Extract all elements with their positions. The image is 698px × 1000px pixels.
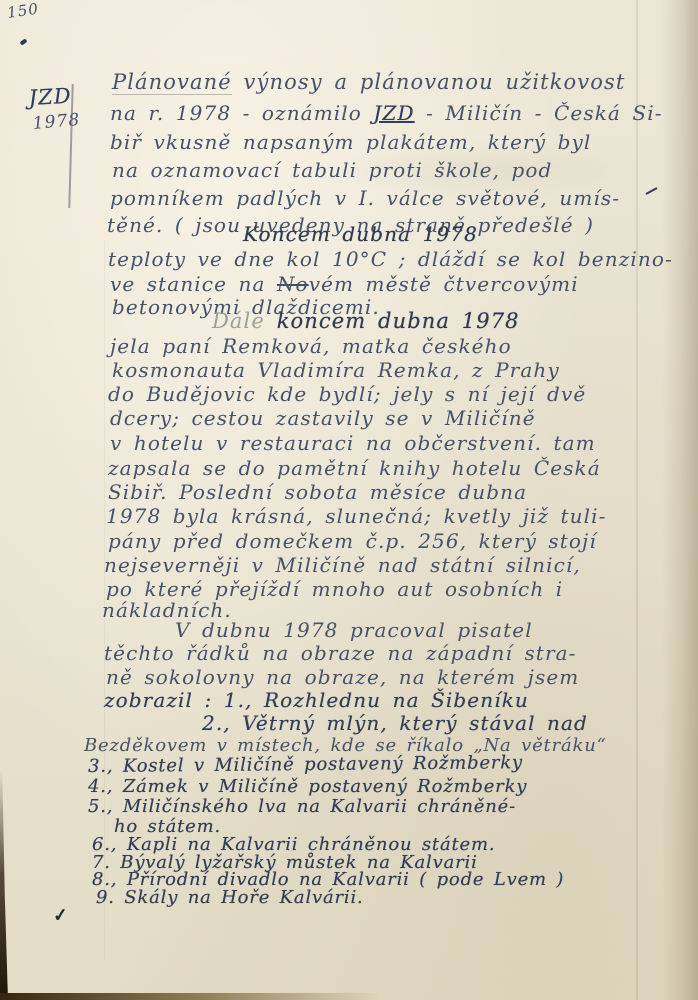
manuscript-line: na oznamovací tabuli proti škole, pod <box>112 158 552 182</box>
list-item: 3., Kostel v Miličíně postavený Rožmberk… <box>88 752 523 777</box>
list-item: zobrazil : 1., Rozhlednu na Šibeníku <box>104 688 529 712</box>
list-item: 2., Větrný mlýn, který stával nad <box>202 711 588 735</box>
list-item: 5., Miličínského lva na Kalvarii chráněn… <box>88 796 516 817</box>
line-text: - Miličín - Česká Si- <box>415 101 663 125</box>
manuscript-line: jela paní Remková, matka českého <box>110 334 512 358</box>
manuscript-line: 1978 byla krásná, slunečná; kvetly již t… <box>106 504 607 528</box>
section-heading: Koncem dubna 1978 <box>243 222 478 246</box>
manuscript-page: 150 JZD 1978 Plánované výnosy a plánovan… <box>0 0 698 1000</box>
manuscript-line: V dubnu 1978 pracoval pisatel <box>175 618 533 642</box>
page-number: 150 <box>6 0 40 22</box>
line-text: na r. 1978 - oznámilo <box>110 101 373 125</box>
paper-crease <box>636 0 638 1000</box>
manuscript-line: zapsala se do pamětní knihy hotelu Česká <box>108 456 601 480</box>
list-item: 4., Zámek v Miličíně postavený Rožmberky <box>88 776 527 797</box>
line-text: vém městě čtvercovými <box>309 272 579 296</box>
manuscript-line: nejseverněji v Miličíně nad státní silni… <box>104 553 581 577</box>
manuscript-line: v hotelu v restauraci na občerstvení. ta… <box>110 431 596 455</box>
underlined-word: Plánované <box>112 70 232 95</box>
list-item: 9. Skály na Hoře Kalvárii. <box>96 887 364 908</box>
manuscript-line: do Budějovic kde bydlí; jely s ní její d… <box>108 382 586 406</box>
manuscript-line: kosmonauta Vladimíra Remka, z Prahy <box>112 358 560 382</box>
manuscript-line: pány před domečkem č.p. 256, který stojí <box>108 529 597 553</box>
line-text: výnosy a plánovanou užitkovost <box>232 70 626 94</box>
manuscript-line: dcery; cestou zastavily se v Miličíně <box>110 406 536 430</box>
underlined-word: JZD <box>373 101 414 125</box>
page-edge-bottom <box>0 993 380 1000</box>
binding-edge-dark <box>0 770 8 1000</box>
manuscript-line: těchto řádků na obraze na západní stra- <box>104 641 577 665</box>
manuscript-line: biř vkusně napsaným plakátem, který byl <box>110 130 591 154</box>
manuscript-line: ve stanice na Novém městě čtvercovými <box>110 272 579 296</box>
manuscript-line: Sibiř. Poslední sobota měsíce dubna <box>108 480 527 504</box>
line-text: ve stanice na <box>110 272 277 296</box>
page-edge-shadow-right <box>662 0 698 1000</box>
section-heading: Dále koncem dubna 1978 <box>212 309 520 333</box>
manuscript-line: teploty ve dne kol 10°C ; dláždí se kol … <box>108 247 673 271</box>
check-mark: ✓ <box>52 904 70 927</box>
heading-text: koncem dubna 1978 <box>277 309 520 333</box>
margin-note-ref: JZD <box>28 84 72 110</box>
pen-tick-mark <box>645 187 657 195</box>
manuscript-line: pomníkem padlých v I. válce světové, umí… <box>110 186 620 210</box>
struck-word: No <box>277 272 309 296</box>
manuscript-line: Plánované výnosy a plánovanou užitkovost <box>112 70 625 94</box>
margin-note-year: 1978 <box>32 110 81 134</box>
ink-dot <box>19 38 27 45</box>
manuscript-line: ně sokolovny na obraze, na kterém jsem <box>106 665 579 689</box>
manuscript-line: na r. 1978 - oznámilo JZD - Miličín - Če… <box>110 101 663 125</box>
faded-word: Dále <box>212 309 277 333</box>
